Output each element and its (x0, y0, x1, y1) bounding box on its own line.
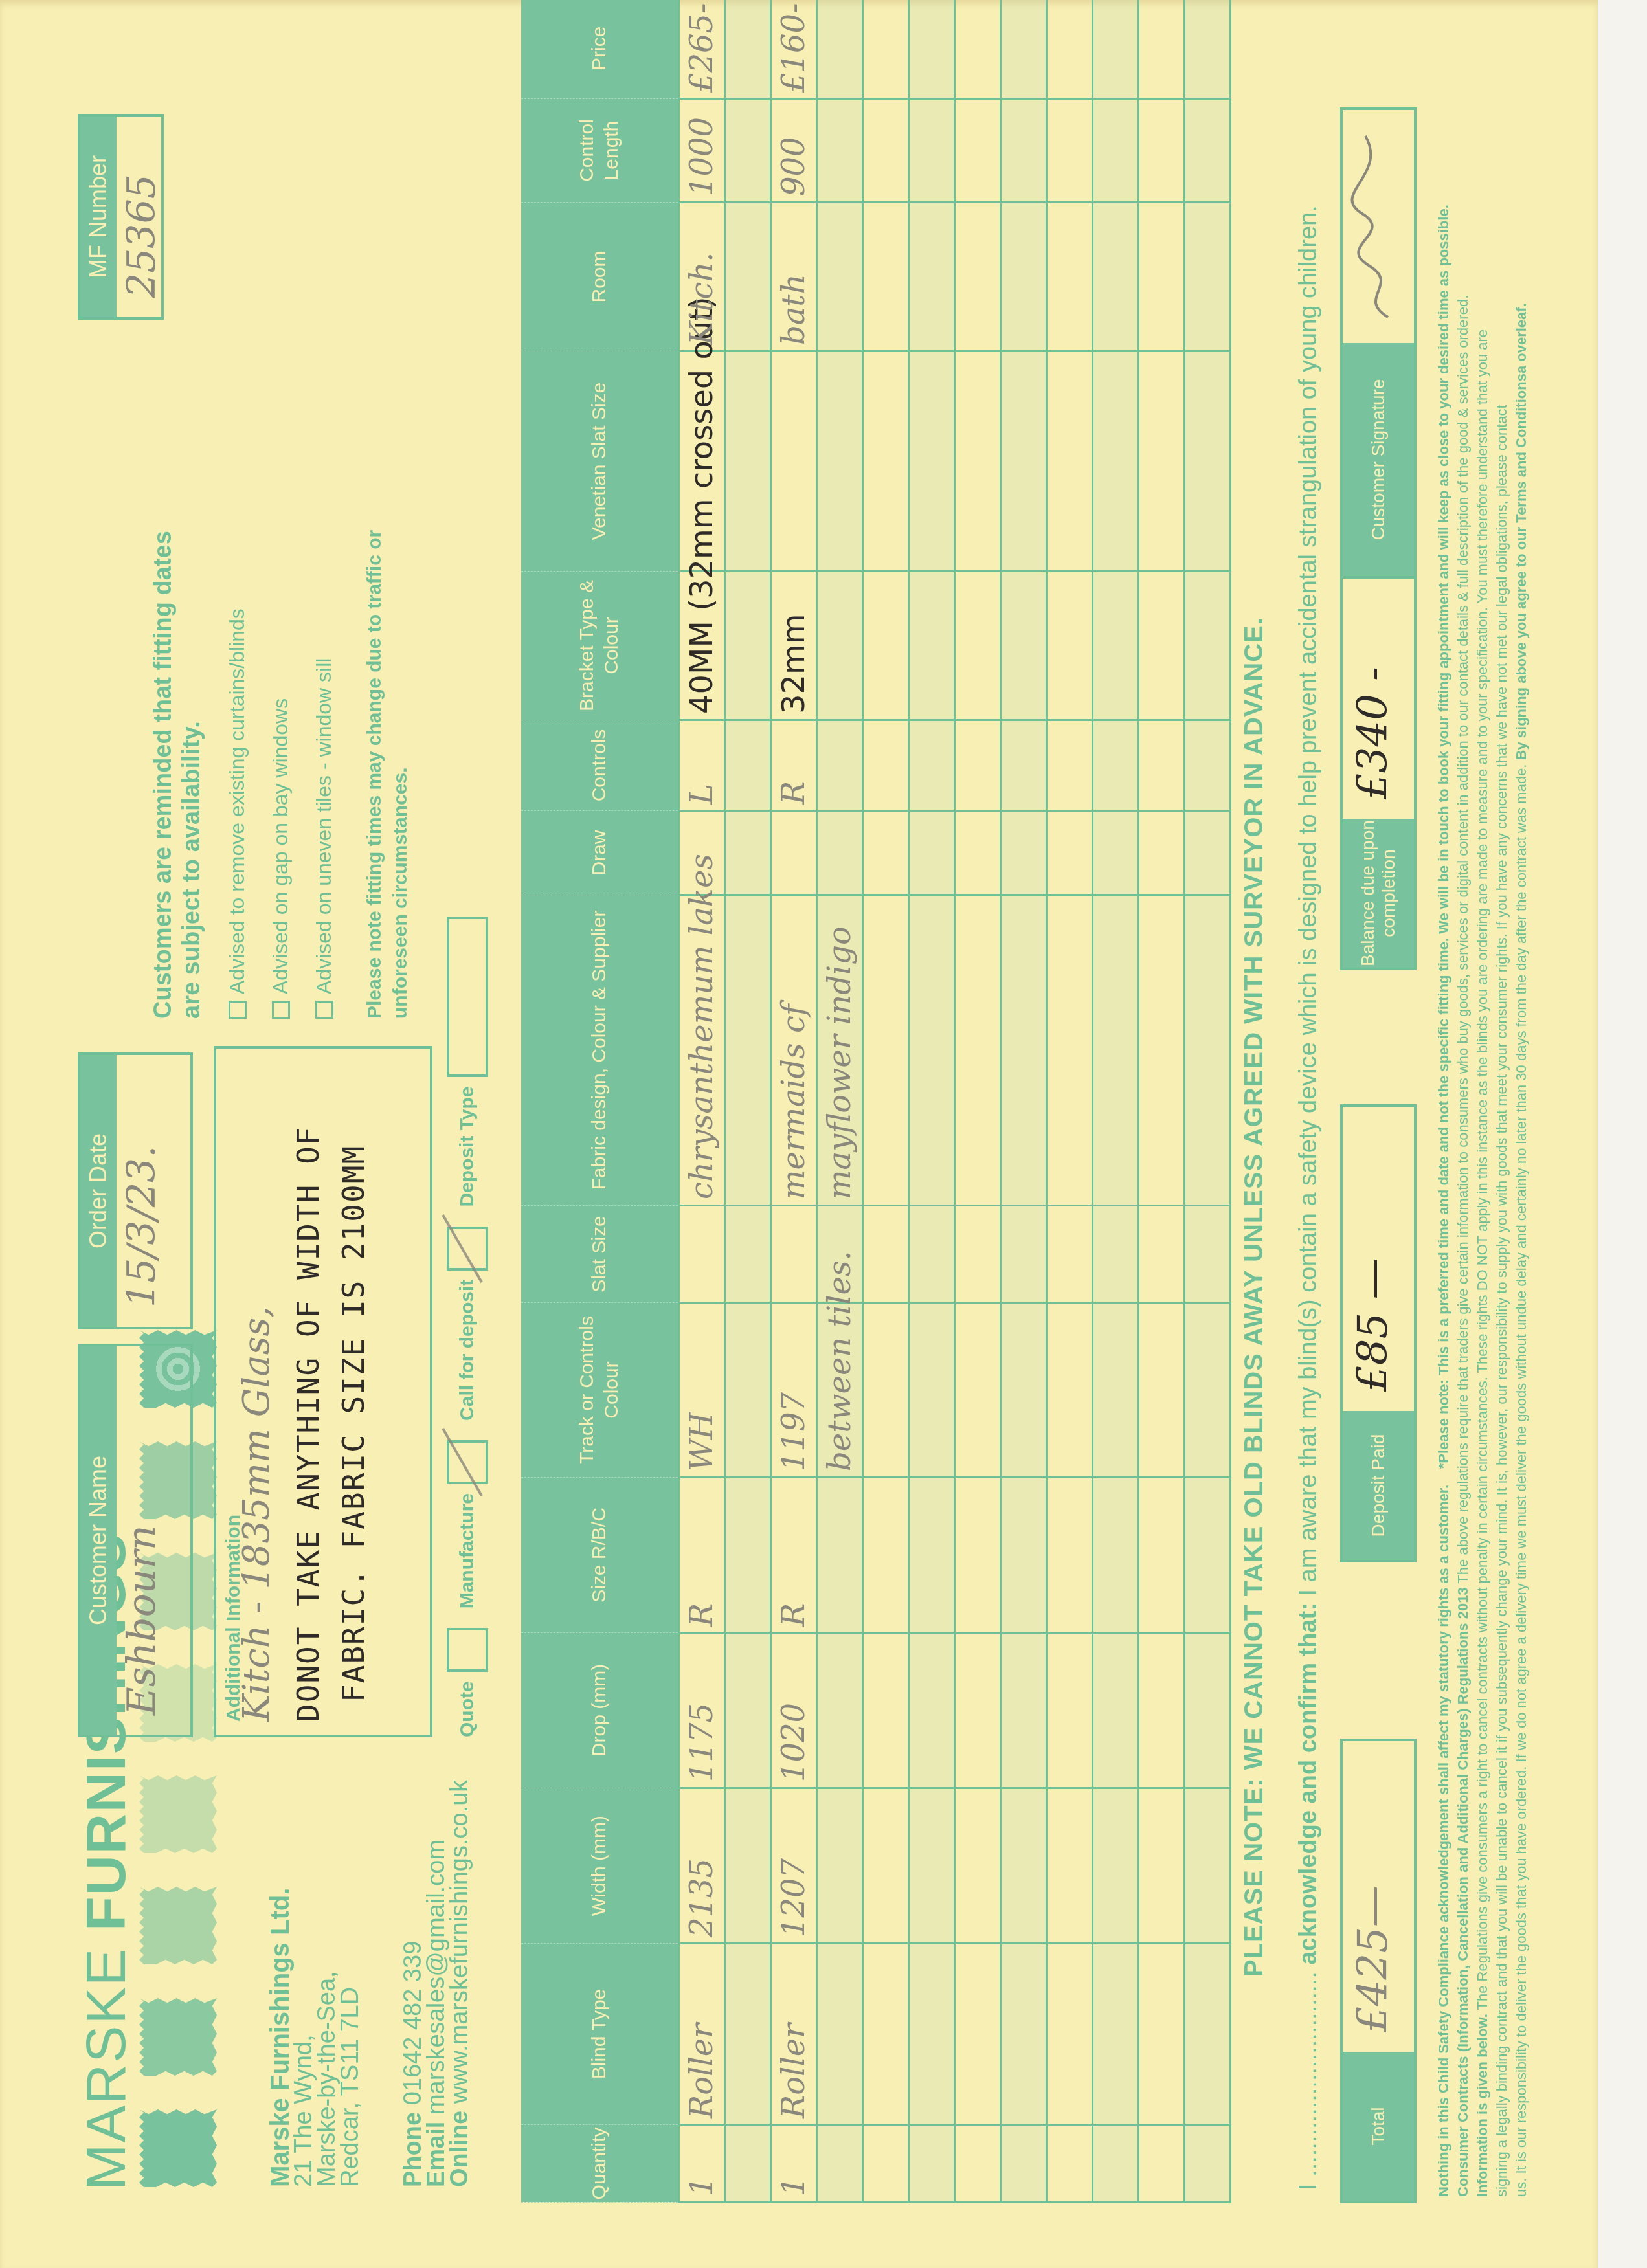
swatch-icon (139, 1887, 217, 1964)
table-cell[interactable] (1047, 895, 1093, 1206)
table-cell[interactable] (1047, 1633, 1093, 1788)
signature-box: Customer Signature (1340, 107, 1417, 579)
table-cell[interactable] (1093, 572, 1139, 720)
table-cell[interactable] (1185, 2125, 1231, 2203)
table-cell[interactable] (909, 1478, 955, 1633)
table-cell[interactable] (1185, 811, 1231, 895)
table-cell[interactable] (1093, 99, 1139, 203)
table-cell[interactable] (1093, 2125, 1139, 2203)
table-cell[interactable] (1185, 720, 1231, 811)
table-cell[interactable] (909, 99, 955, 203)
table-row (1185, 0, 1231, 2203)
table-cell[interactable] (1139, 1633, 1185, 1788)
mf-number-box: MF Number 25365 (78, 114, 164, 320)
table-cell[interactable] (817, 720, 863, 811)
table-cell[interactable] (1001, 1788, 1047, 1944)
advice-option-label: Advised on uneven tiles - window sill (312, 658, 336, 994)
table-cell[interactable] (771, 351, 817, 572)
website-url: www.marskefurnishings.co.uk (446, 1780, 473, 2104)
order-date-box: Order Date 15/3/23. (78, 1052, 193, 1329)
table-cell[interactable] (1001, 203, 1047, 351)
table-cell[interactable] (1185, 1206, 1231, 1303)
table-cell[interactable] (1001, 811, 1047, 895)
table-cell[interactable]: 1000 (679, 99, 725, 203)
fitting-reminder: Customers are reminded that fitting date… (149, 527, 206, 1019)
table-cell[interactable] (863, 811, 909, 895)
table-row: 1Roller21351175RWHchrysanthemum lakesL40… (679, 0, 725, 2203)
table-cell[interactable] (863, 1206, 909, 1303)
table-cell[interactable] (1047, 1303, 1093, 1478)
signature-label: Customer Signature (1343, 343, 1414, 576)
swatch-icon (139, 1775, 217, 1853)
table-row (1139, 0, 1185, 2203)
column-header: Track or Controls Colour (521, 1303, 679, 1478)
table-cell[interactable] (771, 811, 817, 895)
table-cell[interactable] (909, 0, 955, 99)
deposit-paid-box: Deposit Paid £85 — (1340, 1104, 1417, 1562)
table-cell[interactable] (1047, 1478, 1093, 1633)
advice-option-label: Advised to remove existing curtains/blin… (225, 608, 249, 994)
table-cell[interactable] (1001, 0, 1047, 99)
advice-checkbox[interactable] (272, 1001, 290, 1019)
table-cell[interactable] (1001, 1944, 1047, 2125)
table-cell[interactable] (817, 2125, 863, 2203)
column-header: Blind Type (521, 1944, 679, 2125)
column-header: Width (mm) (521, 1788, 679, 1944)
company-address: Marske Furnishings Ltd. 21 The Wynd, Mar… (269, 1888, 362, 2187)
table-cell[interactable]: 900 (771, 99, 817, 203)
additional-info-text[interactable]: FABRIC. FABRIC SIZE IS 2100MM (336, 1145, 371, 1702)
table-cell[interactable] (1093, 895, 1139, 1206)
table-cell[interactable] (817, 99, 863, 203)
table-cell[interactable] (725, 895, 771, 1206)
table-cell[interactable] (1047, 1788, 1093, 1944)
table-cell[interactable] (909, 811, 955, 895)
table-cell[interactable]: R (771, 720, 817, 811)
table-cell[interactable] (909, 895, 955, 1206)
table-cell[interactable] (863, 1478, 909, 1633)
customer-name-label: Customer Name (80, 1346, 117, 1735)
table-cell[interactable] (863, 572, 909, 720)
table-cell[interactable]: £265- (679, 0, 725, 99)
table-cell[interactable] (863, 720, 909, 811)
table-cell[interactable] (863, 351, 909, 572)
table-cell[interactable] (955, 1303, 1001, 1478)
table-cell[interactable] (1047, 572, 1093, 720)
company-contact: Phone 01642 482 339 Email marskesales@gm… (401, 1780, 471, 2187)
customer-name-box: Customer Name Eshbourn (78, 1344, 193, 1737)
table-cell[interactable]: 1207 (771, 1788, 817, 1944)
table-cell[interactable] (955, 1944, 1001, 2125)
table-row (863, 0, 909, 2203)
company-name: Marske Furnishings Ltd. (269, 1888, 292, 2187)
additional-info-text[interactable]: Kitch - 1835mm Glass, (236, 1306, 278, 1722)
old-blinds-warning: PLEASE NOTE: WE CANNOT TAKE OLD BLINDS A… (1240, 617, 1269, 1977)
table-cell[interactable] (1139, 351, 1185, 572)
table-cell[interactable] (725, 203, 771, 351)
table-cell[interactable] (1001, 1478, 1047, 1633)
table-cell[interactable] (955, 0, 1001, 99)
table-cell[interactable] (909, 1944, 955, 2125)
table-cell[interactable] (909, 1788, 955, 1944)
table-cell[interactable] (725, 1206, 771, 1303)
mf-number-field[interactable]: 25365 (117, 117, 167, 317)
table-cell[interactable] (725, 811, 771, 895)
table-cell[interactable] (1001, 1206, 1047, 1303)
quote-checkbox[interactable] (447, 1628, 488, 1672)
terms-fine-print: Nothing in this Child Safety Compliance … (1434, 74, 1531, 2197)
table-cell[interactable] (1047, 99, 1093, 203)
table-cell[interactable] (1047, 811, 1093, 895)
column-header: Draw (521, 811, 679, 895)
table-cell[interactable] (1139, 720, 1185, 811)
table-cell[interactable]: 1197 (771, 1303, 817, 1478)
address-line: Redcar, TS11 7LD (339, 1888, 362, 2187)
address-line: 21 The Wynd, (292, 1888, 315, 2187)
table-cell[interactable] (725, 351, 771, 572)
table-cell[interactable] (1047, 2125, 1093, 2203)
manufacture-label: Manufacture (456, 1493, 478, 1608)
table-cell[interactable] (817, 1944, 863, 2125)
table-cell[interactable] (1047, 1944, 1093, 2125)
table-cell[interactable] (725, 1788, 771, 1944)
table-cell[interactable] (955, 1478, 1001, 1633)
table-cell[interactable]: £160- (771, 0, 817, 99)
table-cell[interactable] (909, 1303, 955, 1478)
table-cell[interactable] (725, 2125, 771, 2203)
table-cell[interactable]: L (679, 720, 725, 811)
signature-field[interactable] (1343, 110, 1414, 343)
mf-number-label: MF Number (80, 117, 117, 317)
fine-print-text: us. It is our responsibility to deliver … (1513, 764, 1529, 2197)
table-cell[interactable]: Roller (679, 1944, 725, 2125)
table-cell[interactable] (1139, 895, 1185, 1206)
table-cell[interactable]: chrysanthemum lakes (679, 895, 725, 1206)
column-header: Slat Size (521, 1206, 679, 1303)
table-cell[interactable] (1047, 720, 1093, 811)
column-header: Fabric design, Colour & Supplier (521, 895, 679, 1206)
table-row (1093, 0, 1139, 2203)
table-cell[interactable] (725, 99, 771, 203)
ack-text: I am aware that my blind(s) contain a sa… (1295, 205, 1322, 1595)
brand-name-light: MARSKE (75, 1948, 137, 2190)
table-cell[interactable]: 1175 (679, 1633, 725, 1788)
table-cell[interactable] (1001, 572, 1047, 720)
table-cell[interactable] (1093, 1303, 1139, 1478)
table-cell[interactable] (909, 572, 955, 720)
total-box: Total £425— (1340, 1739, 1417, 2203)
terms-link[interactable]: By signing above you agree to our Terms … (1513, 303, 1529, 760)
deposit-type-field[interactable] (447, 917, 488, 1077)
table-cell[interactable] (1093, 203, 1139, 351)
table-cell[interactable] (909, 351, 955, 572)
balance-due-label: Balance due upon completion (1343, 819, 1414, 968)
table-cell[interactable] (817, 1633, 863, 1788)
fine-print-text: The above regulations require that trade… (1455, 295, 1471, 1584)
swatch-icon (139, 1998, 217, 2076)
table-cell[interactable] (955, 572, 1001, 720)
column-header: Drop (mm) (521, 1633, 679, 1788)
table-cell[interactable]: Kitch. (679, 203, 725, 351)
swatch-icon (139, 2109, 217, 2187)
table-cell[interactable] (725, 720, 771, 811)
table-cell[interactable] (1185, 1303, 1231, 1478)
table-row (725, 0, 771, 2203)
fine-print-text: Nothing in this Child Safety Compliance … (1435, 1485, 1451, 2197)
table-cell[interactable] (1047, 1206, 1093, 1303)
table-row: 1Roller12071020R1197mermaids cfR32mmbath… (771, 0, 817, 2203)
table-cell[interactable] (1185, 351, 1231, 572)
advice-option-label: Advised on gap on bay windows (269, 698, 293, 994)
table-cell[interactable]: mayflower indigo (817, 895, 863, 1206)
call-for-deposit-label: Call for deposit (456, 1280, 478, 1421)
table-cell[interactable] (1185, 572, 1231, 720)
table-cell[interactable] (725, 0, 771, 99)
table-cell[interactable] (1093, 1944, 1139, 2125)
table-cell[interactable] (1001, 1633, 1047, 1788)
address-line: Marske-by-the-Sea, (315, 1888, 339, 2187)
table-cell[interactable] (955, 351, 1001, 572)
table-cell[interactable] (909, 2125, 955, 2203)
total-label: Total (1343, 2052, 1414, 2201)
table-cell[interactable] (1139, 1944, 1185, 2125)
advice-checkbox[interactable] (229, 1001, 247, 1019)
table-cell[interactable] (909, 720, 955, 811)
table-cell[interactable] (1139, 1788, 1185, 1944)
total-field[interactable]: £425— (1343, 1741, 1414, 2052)
table-cell[interactable] (725, 1303, 771, 1478)
table-cell[interactable]: between tiles. (817, 1303, 863, 1478)
table-cell[interactable]: 32mm (771, 572, 817, 720)
table-cell[interactable] (955, 1206, 1001, 1303)
order-status-checks: Quote Manufacture Call for deposit Depos… (447, 917, 488, 1737)
ack-heading: acknowledge and confirm that: (1295, 1603, 1322, 1965)
table-cell[interactable] (1139, 811, 1185, 895)
column-header: Size R/B/C (521, 1478, 679, 1633)
column-header: Controls (521, 720, 679, 811)
table-cell[interactable] (863, 99, 909, 203)
fine-print-text: signing a legally binding contract and t… (1494, 405, 1510, 2197)
table-cell[interactable]: mermaids cf (771, 895, 817, 1206)
additional-info-box: Additional Information Kitch - 1835mm Gl… (214, 1046, 432, 1737)
table-cell[interactable] (955, 1788, 1001, 1944)
table-cell[interactable] (725, 1478, 771, 1633)
table-cell[interactable] (909, 203, 955, 351)
table-cell[interactable]: 1020 (771, 1633, 817, 1788)
call-for-deposit-checkbox[interactable] (447, 1227, 488, 1271)
table-cell[interactable]: R (679, 1478, 725, 1633)
table-row (1001, 0, 1047, 2203)
table-cell[interactable]: WH (679, 1303, 725, 1478)
table-header-row: QuantityBlind TypeWidth (mm)Drop (mm)Siz… (521, 0, 679, 2203)
table-cell[interactable] (955, 720, 1001, 811)
table-cell[interactable] (1093, 1788, 1139, 1944)
table-cell[interactable] (1139, 99, 1185, 203)
table-cell[interactable] (1093, 1478, 1139, 1633)
table-cell[interactable] (1001, 1303, 1047, 1478)
table-row: between tiles.mayflower indigo (817, 0, 863, 2203)
table-cell[interactable] (1139, 1478, 1185, 1633)
table-cell[interactable] (1139, 203, 1185, 351)
table-cell[interactable] (1001, 351, 1047, 572)
table-cell[interactable]: Roller (771, 1944, 817, 2125)
table-cell[interactable] (1001, 2125, 1047, 2203)
fitting-times-note: Please note fitting times may change due… (362, 527, 414, 1019)
table-cell[interactable] (817, 1478, 863, 1633)
column-header: Price (521, 0, 679, 99)
table-cell[interactable] (817, 1788, 863, 1944)
table-cell[interactable] (1093, 1206, 1139, 1303)
table-cell[interactable] (1047, 351, 1093, 572)
quote-label: Quote (456, 1681, 478, 1737)
table-cell[interactable] (863, 1303, 909, 1478)
column-header: Venetian Slat Size (521, 351, 679, 572)
table-cell[interactable] (1185, 0, 1231, 99)
table-cell[interactable] (863, 1944, 909, 2125)
column-header: Quantity (521, 2125, 679, 2203)
table-cell[interactable] (955, 203, 1001, 351)
table-cell[interactable]: 2135 (679, 1788, 725, 1944)
table-row (955, 0, 1001, 2203)
table-cell[interactable] (817, 351, 863, 572)
table-cell[interactable] (817, 811, 863, 895)
table-cell[interactable]: bath (771, 203, 817, 351)
table-cell[interactable] (1139, 572, 1185, 720)
table-cell[interactable] (955, 99, 1001, 203)
table-cell[interactable] (1185, 1478, 1231, 1633)
table-cell[interactable] (955, 895, 1001, 1206)
table-cell[interactable] (725, 572, 771, 720)
additional-info-text[interactable]: DONOT TAKE ANYTHING OF WIDTH OF (291, 1126, 326, 1722)
order-date-label: Order Date (80, 1055, 117, 1327)
table-cell[interactable] (725, 1944, 771, 2125)
table-cell[interactable] (1139, 2125, 1185, 2203)
table-cell[interactable] (863, 2125, 909, 2203)
table-cell[interactable] (909, 1633, 955, 1788)
column-header: Control Length (521, 99, 679, 203)
table-cell[interactable] (1185, 1944, 1231, 2125)
table-cell[interactable] (1093, 720, 1139, 811)
fine-print-text: The Regulations give consumers a right t… (1474, 329, 1490, 2010)
column-header: Bracket Type & Colour (521, 572, 679, 720)
table-cell[interactable] (1185, 895, 1231, 1206)
advice-checkbox[interactable] (315, 1001, 333, 1019)
table-body: 1Roller21351175RWHchrysanthemum lakesL40… (679, 0, 1231, 2203)
table-cell[interactable] (1001, 720, 1047, 811)
table-cell[interactable] (1185, 203, 1231, 351)
safety-acknowledgement: I .............................. acknowl… (1295, 205, 1323, 2190)
customer-name-field[interactable]: Eshbourn (117, 1346, 167, 1735)
table-cell[interactable] (955, 2125, 1001, 2203)
table-cell[interactable] (1093, 351, 1139, 572)
table-cell[interactable] (1139, 1206, 1185, 1303)
table-cell[interactable] (725, 1633, 771, 1788)
table-cell[interactable] (909, 1206, 955, 1303)
table-cell[interactable] (817, 0, 863, 99)
fine-print-text: Consumer Contracts (Information, Cancell… (1455, 1587, 1471, 2197)
table-row (909, 0, 955, 2203)
table-cell[interactable] (1185, 1633, 1231, 1788)
table-cell[interactable]: R (771, 1478, 817, 1633)
manufacture-checkbox[interactable] (447, 1440, 488, 1484)
table-cell[interactable] (863, 203, 909, 351)
table-cell[interactable] (863, 1788, 909, 1944)
table-cell[interactable] (1185, 1788, 1231, 1944)
deposit-paid-field[interactable]: £85 — (1343, 1107, 1414, 1411)
table-cell[interactable] (1185, 99, 1231, 203)
table-cell[interactable] (863, 895, 909, 1206)
fine-print-text: *Please note: This is a preferred time a… (1435, 205, 1451, 1469)
fine-print-text: Information is given below. (1474, 2014, 1490, 2197)
ack-name-blank[interactable]: I .............................. (1295, 1972, 1322, 2190)
deposit-type-label: Deposit Type (456, 1086, 478, 1206)
order-date-field[interactable]: 15/3/23. (117, 1055, 167, 1327)
table-cell[interactable] (1139, 1303, 1185, 1478)
table-cell[interactable] (1139, 0, 1185, 99)
table-row (1047, 0, 1093, 2203)
column-header: Room (521, 203, 679, 351)
table-cell[interactable] (1001, 895, 1047, 1206)
table-cell[interactable] (1047, 0, 1093, 99)
table-cell[interactable] (817, 203, 863, 351)
deposit-paid-label: Deposit Paid (1343, 1411, 1414, 1560)
order-items-table: QuantityBlind TypeWidth (mm)Drop (mm)Siz… (521, 51, 1231, 2203)
table-cell[interactable] (771, 1206, 817, 1303)
order-form-sheet: MARSKE FURNISHINGS Marske Furnishings Lt… (0, 0, 1598, 2268)
table-cell[interactable] (679, 1206, 725, 1303)
fitting-notice: Customers are reminded that fitting date… (149, 527, 414, 1019)
table-cell[interactable] (863, 0, 909, 99)
table-cell[interactable]: 40MM (32mm crossed out) (679, 572, 725, 720)
table-cell[interactable] (955, 811, 1001, 895)
table-cell[interactable] (955, 1633, 1001, 1788)
table-cell[interactable] (1093, 1633, 1139, 1788)
table-cell[interactable] (1093, 0, 1139, 99)
table-cell[interactable] (1047, 203, 1093, 351)
table-cell[interactable] (817, 572, 863, 720)
table-cell[interactable] (1093, 811, 1139, 895)
signature-scribble-icon (1349, 129, 1407, 324)
online-label: Online (446, 2111, 473, 2187)
table-cell[interactable]: 1 (771, 2125, 817, 2203)
table-cell[interactable]: 1 (679, 2125, 725, 2203)
table-cell[interactable] (1001, 99, 1047, 203)
table-cell[interactable] (863, 1633, 909, 1788)
